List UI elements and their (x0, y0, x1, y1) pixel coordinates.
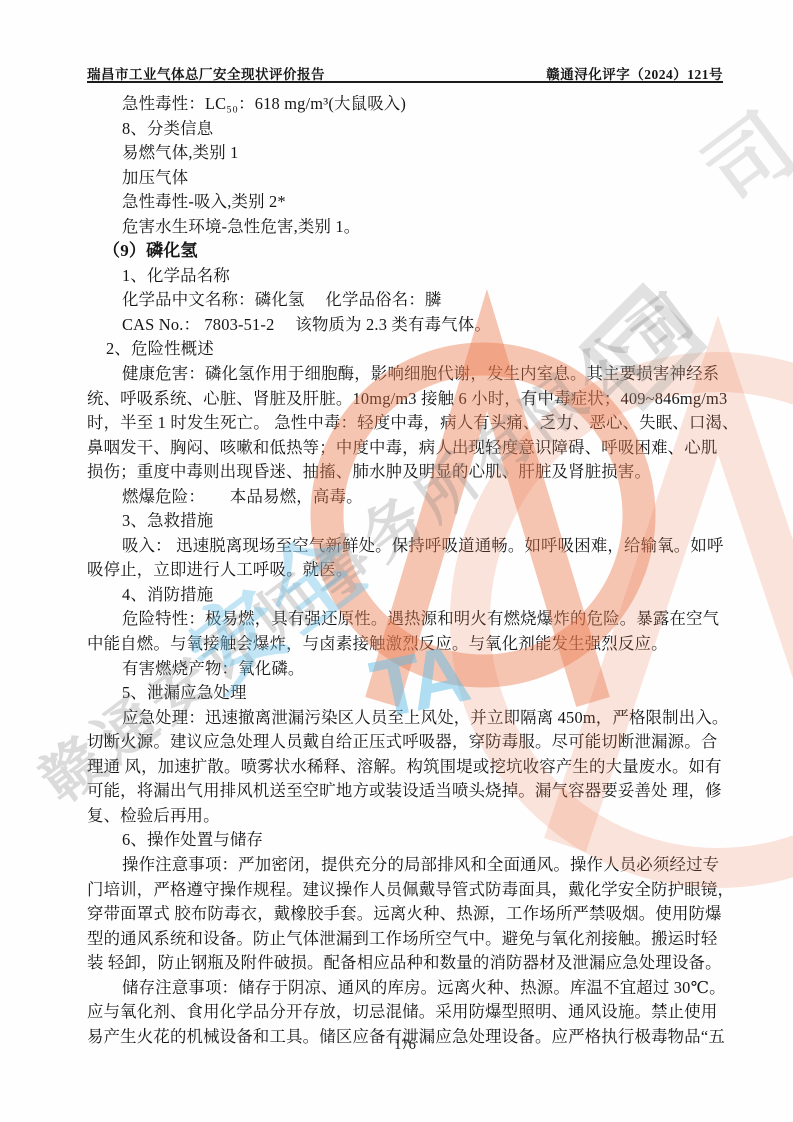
body-line: 燃爆危险： 本品易燃，高毒。 (87, 485, 727, 510)
body-line: 操作注意事项：严加密闭，提供充分的局部排风和全面通风。操作人员必须经过专 (87, 853, 727, 878)
body-line: 3、急救措施 (87, 509, 727, 534)
document-number: 赣通浔化评字（2024）121号 (546, 63, 723, 83)
body-line: 易燃气体,类别 1 (87, 141, 727, 166)
body-line: 鼻咽发干、胸闷、咳嗽和低热等；中度中毒，病人出现轻度意识障碍、呼吸困难、心肌 (87, 436, 727, 461)
body-line: 吸入： 迅速脱离现场至空气新鲜处。保持呼吸道通畅。如呼吸困难，给输氧。如呼 (87, 534, 727, 559)
body-line: 有害燃烧产物：氧化磷。 (87, 657, 727, 682)
body-line: 危害水生环境-急性危害,类别 1。 (87, 215, 727, 240)
body-line: 应与氧化剂、食用化学品分开存放，切忌混储。采用防爆型照明、通风设施。禁止使用 (87, 1000, 727, 1025)
body-line: 应急处理：迅速撤离泄漏污染区人员至上风处，并立即隔离 450m，严格限制出入。 (87, 706, 727, 731)
body-line: 2、危险性概述 (87, 337, 727, 362)
body-line: 穿带面罩式 胶布防毒衣，戴橡胶手套。远离火种、热源，工作场所严禁吸烟。使用防爆 (87, 902, 727, 927)
body-line: 装 轻卸，防止钢瓶及附件破损。配备相应品种和数量的消防器材及泄漏应急处理设备。 (87, 951, 727, 976)
body-line: 复、检验后再用。 (87, 804, 727, 829)
body-line: 中能自燃。与氧接触会爆炸，与卤素接触激烈反应。与氧化剂能发生强烈反应。 (87, 632, 727, 657)
page-number: 176 (87, 1037, 723, 1054)
body-line: 吸停止，立即进行人工呼吸。就医。 (87, 558, 727, 583)
body-line: CAS No.： 7803-51-2 该物质为 2.3 类有毒气体。 (87, 313, 727, 338)
body-line: 型的通风系统和设备。防止气体泄漏到工作场所空气中。避免与氧化剂接触。搬运时轻 (87, 927, 727, 952)
body-line: 统、呼吸系统、心脏、肾脏及肝脏。10mg/m3 接触 6 小时，有中毒症状；40… (87, 387, 727, 412)
body-line: 化学品中文名称：磷化氢 化学品俗名：膦 (87, 288, 727, 313)
body-line: 时，半至 1 时发生死亡。 急性中毒：轻度中毒，病人有头痛、乏力、恶心、失眠、口… (87, 411, 727, 436)
document-page: 瑞昌市工业气体总厂安全现状评价报告 赣通浔化评字（2024）121号 急性毒性：… (0, 0, 793, 1122)
body-line: 理通 风，加速扩散。喷雾状水稀释、溶解。构筑围堤或挖坑收容产生的大量废水。如有 (87, 755, 727, 780)
body-line: 健康危害：磷化氢作用于细胞酶，影响细胞代谢，发生内室息。其主要损害神经系 (87, 362, 727, 387)
body-line: 危险特性：极易燃，具有强还原性。遇热源和明火有燃烧爆炸的危险。暴露在空气 (87, 607, 727, 632)
body-line: 1、化学品名称 (87, 264, 727, 289)
body-line: 加压气体 (87, 166, 727, 191)
body-line: （9）磷化氢 (87, 239, 727, 264)
document-body: 急性毒性：LC₅₀：618 mg/m³(大鼠吸入)8、分类信息易燃气体,类别 1… (87, 92, 727, 1049)
body-line: 急性毒性-吸入,类别 2* (87, 190, 727, 215)
body-line: 8、分类信息 (87, 117, 727, 142)
body-line: 切断火源。建议应急处理人员戴自给正压式呼吸器，穿防毒服。尽可能切断泄漏源。合 (87, 730, 727, 755)
report-title: 瑞昌市工业气体总厂安全现状评价报告 (87, 63, 325, 83)
body-line: 急性毒性：LC₅₀：618 mg/m³(大鼠吸入) (87, 92, 727, 117)
body-line: 5、泄漏应急处理 (87, 681, 727, 706)
body-line: 门培训，严格遵守操作规程。建议操作人员佩戴导管式防毒面具，戴化学安全防护眼镜， (87, 878, 727, 903)
body-line: 储存注意事项：储存于阴凉、通风的库房。远离火种、热源。库温不宜超过 30℃。 (87, 976, 727, 1001)
body-line: 损伤；重度中毒则出现昏迷、抽搐、肺水肿及明显的心肌、肝脏及肾脏损害。 (87, 460, 727, 485)
body-line: 6、操作处置与储存 (87, 828, 727, 853)
body-line: 可能，将漏出气用排风机送至空旷地方或装设适当喷头烧掉。漏气容器要妥善处 理，修 (87, 779, 727, 804)
body-line: 4、消防措施 (87, 583, 727, 608)
header-rule (87, 81, 723, 83)
